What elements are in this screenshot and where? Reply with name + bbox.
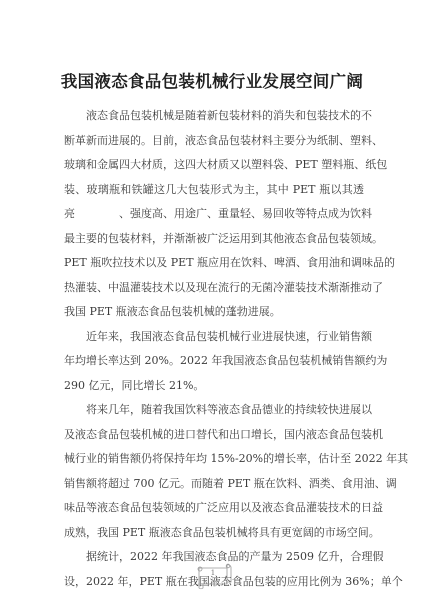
text-line: 将来几年，随着我国饮料等液态食品德业的持续较快进展以 bbox=[64, 398, 364, 423]
text-line: 年均增长率达到 20%。2022 年我国液态食品包装机械销售额约为 bbox=[64, 349, 364, 374]
text-line: 味品等液态食品包装领域的广泛应用以及液态食品灌装技术的日益 bbox=[64, 496, 364, 521]
text-line: 290 亿元，同比增长 21%。 bbox=[64, 374, 364, 399]
text-line: 亮 、强度高、用途广、重量轻、易回收等特点成为饮料 bbox=[64, 202, 364, 227]
page-number-scroll: 1 bbox=[193, 562, 233, 592]
document-title: 我国液态食品包装机械行业发展空间广阔 bbox=[0, 68, 424, 92]
text-line: 成熟，我国 PET 瓶液态食品包装机械将具有更宽阔的市场空间。 bbox=[64, 521, 364, 546]
text-line: 我国 PET 瓶液态食品包装机械的蓬勃进展。 bbox=[64, 300, 364, 325]
text-line: 装、玻璃瓶和铁罐这几大包装形式为主，其中 PET 瓶以其透 bbox=[64, 178, 364, 203]
text-line: 热灌装、中温灌装技术以及现在流行的无菌冷灌装技术渐渐推动了 bbox=[64, 276, 364, 301]
document-page: 我国液态食品包装机械行业发展空间广阔 液态食品包装机械是随着新包装材料的消失和包… bbox=[0, 0, 424, 600]
text-line: 断革新而进展的。目前，液态食品包装材料主要分为纸制、塑料、 bbox=[64, 129, 364, 154]
document-body: 液态食品包装机械是随着新包装材料的消失和包装技术的不断革新而进展的。目前，液态食… bbox=[64, 104, 364, 594]
scroll-ornament-icon bbox=[193, 562, 233, 592]
text-line: PET 瓶吹拉技术以及 PET 瓶应用在饮料、啤酒、食用油和调味品的 bbox=[64, 251, 364, 276]
page-number: 1 bbox=[193, 569, 233, 577]
text-line: 械行业的销售额仍将保持年均 15%-20%的增长率，估计至 2022 年其 bbox=[64, 447, 364, 472]
text-line: 玻璃和金属四大材质，这四大材质又以塑料袋、PET 塑料瓶、纸包 bbox=[64, 153, 364, 178]
text-line: 最主要的包装材料，并渐渐被广泛运用到其他液态食品包装领域。 bbox=[64, 227, 364, 252]
text-line: 近年来，我国液态食品包装机械行业进展快速，行业销售额 bbox=[64, 325, 364, 350]
text-line: 销售额将超过 700 亿元。而随着 PET 瓶在饮料、酒类、食用油、调 bbox=[64, 472, 364, 497]
text-line: 液态食品包装机械是随着新包装材料的消失和包装技术的不 bbox=[64, 104, 364, 129]
text-line: 及液态食品包装机械的进口替代和出口增长，国内液态食品包装机 bbox=[64, 423, 364, 448]
